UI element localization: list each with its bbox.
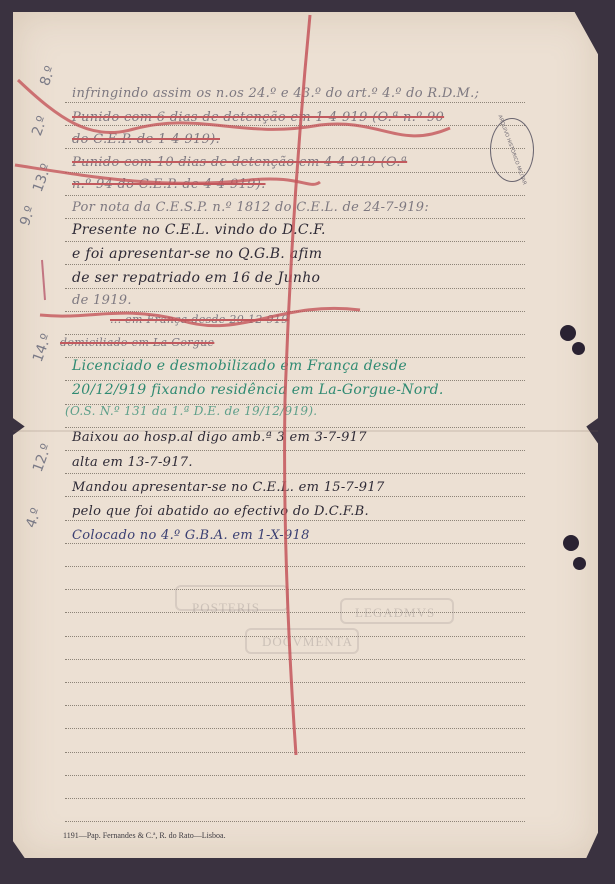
printer-imprint: 1191—Pap. Fernandes & C.ª, R. do Rato—Li…: [63, 831, 226, 840]
red-pencil-marks: [0, 0, 615, 884]
